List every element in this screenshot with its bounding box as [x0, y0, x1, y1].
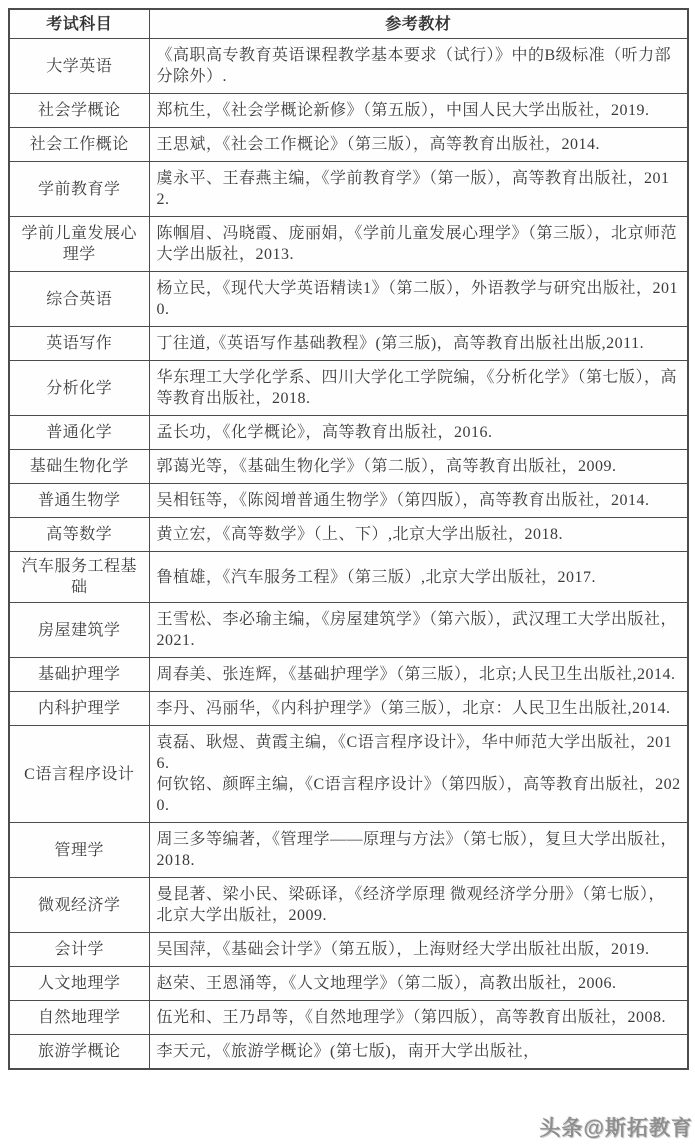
table-row: 普通化学 孟长功，《化学概论》，高等教育出版社，2016.	[9, 416, 688, 450]
textbook-cell: 黄立宏，《高等数学》（上、下）,北京大学出版社，2018.	[149, 518, 688, 552]
table-row: 英语写作 丁往道,《英语写作基础教程》(第三版)，高等教育出版社出版,2011.	[9, 327, 688, 361]
table-row: 综合英语 杨立民，《现代大学英语精读1》（第二版），外语教学与研究出版社，201…	[9, 272, 688, 327]
textbook-cell: 陈帼眉、冯晓霞、庞丽娟，《学前儿童发展心理学》（第三版），北京师范大学出版社，2…	[149, 217, 688, 272]
subject-cell: 房屋建筑学	[9, 603, 149, 658]
subject-cell: 自然地理学	[9, 1001, 149, 1035]
table-row: 旅游学概论 李天元，《旅游学概论》(第七版)，南开大学出版社，	[9, 1035, 688, 1070]
textbook-cell: 郑杭生，《社会学概论新修》（第五版），中国人民大学出版社，2019.	[149, 94, 688, 128]
table-row: 基础生物化学 郭蔼光等，《基础生物化学》（第二版），高等教育出版社，2009.	[9, 450, 688, 484]
subject-cell: 汽车服务工程基础	[9, 552, 149, 603]
textbook-cell: 袁磊、耿煜、黄霞主编，《C语言程序设计》，华中师范大学出版社，2016. 何钦铭…	[149, 726, 688, 823]
textbook-cell: 丁往道,《英语写作基础教程》(第三版)，高等教育出版社出版,2011.	[149, 327, 688, 361]
document-page: 考试科目 参考教材 大学英语 《高职高专教育英语课程教学基本要求（试行）》中的B…	[8, 8, 689, 1070]
table-row: 社会学概论 郑杭生，《社会学概论新修》（第五版），中国人民大学出版社，2019.	[9, 94, 688, 128]
textbook-cell: 鲁植雄，《汽车服务工程》（第三版）,北京大学出版社，2017.	[149, 552, 688, 603]
textbook-cell: 《高职高专教育英语课程教学基本要求（试行）》中的B级标准（听力部分除外）.	[149, 39, 688, 94]
header-textbook: 参考教材	[149, 9, 688, 39]
textbook-cell: 杨立民，《现代大学英语精读1》（第二版），外语教学与研究出版社，2010.	[149, 272, 688, 327]
table-row: 汽车服务工程基础 鲁植雄，《汽车服务工程》（第三版）,北京大学出版社，2017.	[9, 552, 688, 603]
subject-cell: 综合英语	[9, 272, 149, 327]
exam-subjects-table: 考试科目 参考教材 大学英语 《高职高专教育英语课程教学基本要求（试行）》中的B…	[8, 8, 689, 1070]
table-row: C语言程序设计 袁磊、耿煜、黄霞主编，《C语言程序设计》，华中师范大学出版社，2…	[9, 726, 688, 823]
textbook-cell: 伍光和、王乃昂等，《自然地理学》（第四版），高等教育出版社，2008.	[149, 1001, 688, 1035]
subject-cell: 会计学	[9, 933, 149, 967]
subject-cell: 普通化学	[9, 416, 149, 450]
subject-cell: 基础护理学	[9, 658, 149, 692]
table-row: 学前儿童发展心理学 陈帼眉、冯晓霞、庞丽娟，《学前儿童发展心理学》（第三版），北…	[9, 217, 688, 272]
table-row: 会计学 吴国萍，《基础会计学》（第五版），上海财经大学出版社出版，2019.	[9, 933, 688, 967]
textbook-cell: 李天元，《旅游学概论》(第七版)，南开大学出版社，	[149, 1035, 688, 1070]
table-row: 人文地理学 赵荣、王恩涌等，《人文地理学》（第二版），高教出版社，2006.	[9, 967, 688, 1001]
table-row: 微观经济学 曼昆著、梁小民、梁砾译，《经济学原理 微观经济学分册》（第七版），北…	[9, 878, 688, 933]
textbook-cell: 周三多等编著，《管理学——原理与方法》（第七版），复旦大学出版社，2018.	[149, 823, 688, 878]
subject-cell: 社会学概论	[9, 94, 149, 128]
textbook-cell: 郭蔼光等，《基础生物化学》（第二版），高等教育出版社，2009.	[149, 450, 688, 484]
table-row: 基础护理学 周春美、张连辉，《基础护理学》（第三版），北京;人民卫生出版社,20…	[9, 658, 688, 692]
table-body: 大学英语 《高职高专教育英语课程教学基本要求（试行）》中的B级标准（听力部分除外…	[9, 39, 688, 1070]
textbook-cell: 华东理工大学化学系、四川大学化工学院编，《分析化学》（第七版），高等教育出版社，…	[149, 361, 688, 416]
subject-cell: 微观经济学	[9, 878, 149, 933]
textbook-cell: 孟长功，《化学概论》，高等教育出版社，2016.	[149, 416, 688, 450]
subject-cell: 学前儿童发展心理学	[9, 217, 149, 272]
textbook-cell: 吴国萍，《基础会计学》（第五版），上海财经大学出版社出版，2019.	[149, 933, 688, 967]
table-row: 学前教育学 虞永平、王春燕主编，《学前教育学》（第一版），高等教育出版社，201…	[9, 162, 688, 217]
subject-cell: 学前教育学	[9, 162, 149, 217]
table-row: 自然地理学 伍光和、王乃昂等，《自然地理学》（第四版），高等教育出版社，2008…	[9, 1001, 688, 1035]
textbook-cell: 吴相钰等，《陈阅增普通生物学》（第四版），高等教育出版社，2014.	[149, 484, 688, 518]
subject-cell: 管理学	[9, 823, 149, 878]
table-row: 管理学 周三多等编著，《管理学——原理与方法》（第七版），复旦大学出版社，201…	[9, 823, 688, 878]
textbook-cell: 王思斌，《社会工作概论》（第三版），高等教育出版社，2014.	[149, 128, 688, 162]
subject-cell: 旅游学概论	[9, 1035, 149, 1070]
subject-cell: C语言程序设计	[9, 726, 149, 823]
textbook-cell: 赵荣、王恩涌等，《人文地理学》（第二版），高教出版社，2006.	[149, 967, 688, 1001]
textbook-cell: 李丹、冯丽华，《内科护理学》（第三版），北京：人民卫生出版社,2014.	[149, 692, 688, 726]
table-row: 大学英语 《高职高专教育英语课程教学基本要求（试行）》中的B级标准（听力部分除外…	[9, 39, 688, 94]
table-row: 分析化学 华东理工大学化学系、四川大学化工学院编，《分析化学》（第七版），高等教…	[9, 361, 688, 416]
table-row: 高等数学 黄立宏，《高等数学》（上、下）,北京大学出版社，2018.	[9, 518, 688, 552]
subject-cell: 大学英语	[9, 39, 149, 94]
header-subject: 考试科目	[9, 9, 149, 39]
table-row: 房屋建筑学 王雪松、李必瑜主编，《房屋建筑学》（第六版），武汉理工大学出版社，2…	[9, 603, 688, 658]
textbook-cell: 王雪松、李必瑜主编，《房屋建筑学》（第六版），武汉理工大学出版社，2021.	[149, 603, 688, 658]
subject-cell: 基础生物化学	[9, 450, 149, 484]
textbook-cell: 虞永平、王春燕主编，《学前教育学》（第一版），高等教育出版社，2012.	[149, 162, 688, 217]
subject-cell: 人文地理学	[9, 967, 149, 1001]
subject-cell: 高等数学	[9, 518, 149, 552]
subject-cell: 分析化学	[9, 361, 149, 416]
subject-cell: 内科护理学	[9, 692, 149, 726]
table-row: 内科护理学 李丹、冯丽华，《内科护理学》（第三版），北京：人民卫生出版社,201…	[9, 692, 688, 726]
textbook-cell: 周春美、张连辉，《基础护理学》（第三版），北京;人民卫生出版社,2014.	[149, 658, 688, 692]
subject-cell: 英语写作	[9, 327, 149, 361]
table-row: 社会工作概论 王思斌，《社会工作概论》（第三版），高等教育出版社，2014.	[9, 128, 688, 162]
table-header-row: 考试科目 参考教材	[9, 9, 688, 39]
watermark-text: 头条@斯拓教育	[540, 1112, 693, 1142]
subject-cell: 社会工作概论	[9, 128, 149, 162]
table-row: 普通生物学 吴相钰等，《陈阅增普通生物学》（第四版），高等教育出版社，2014.	[9, 484, 688, 518]
textbook-cell: 曼昆著、梁小民、梁砾译，《经济学原理 微观经济学分册》（第七版），北京大学出版社…	[149, 878, 688, 933]
subject-cell: 普通生物学	[9, 484, 149, 518]
